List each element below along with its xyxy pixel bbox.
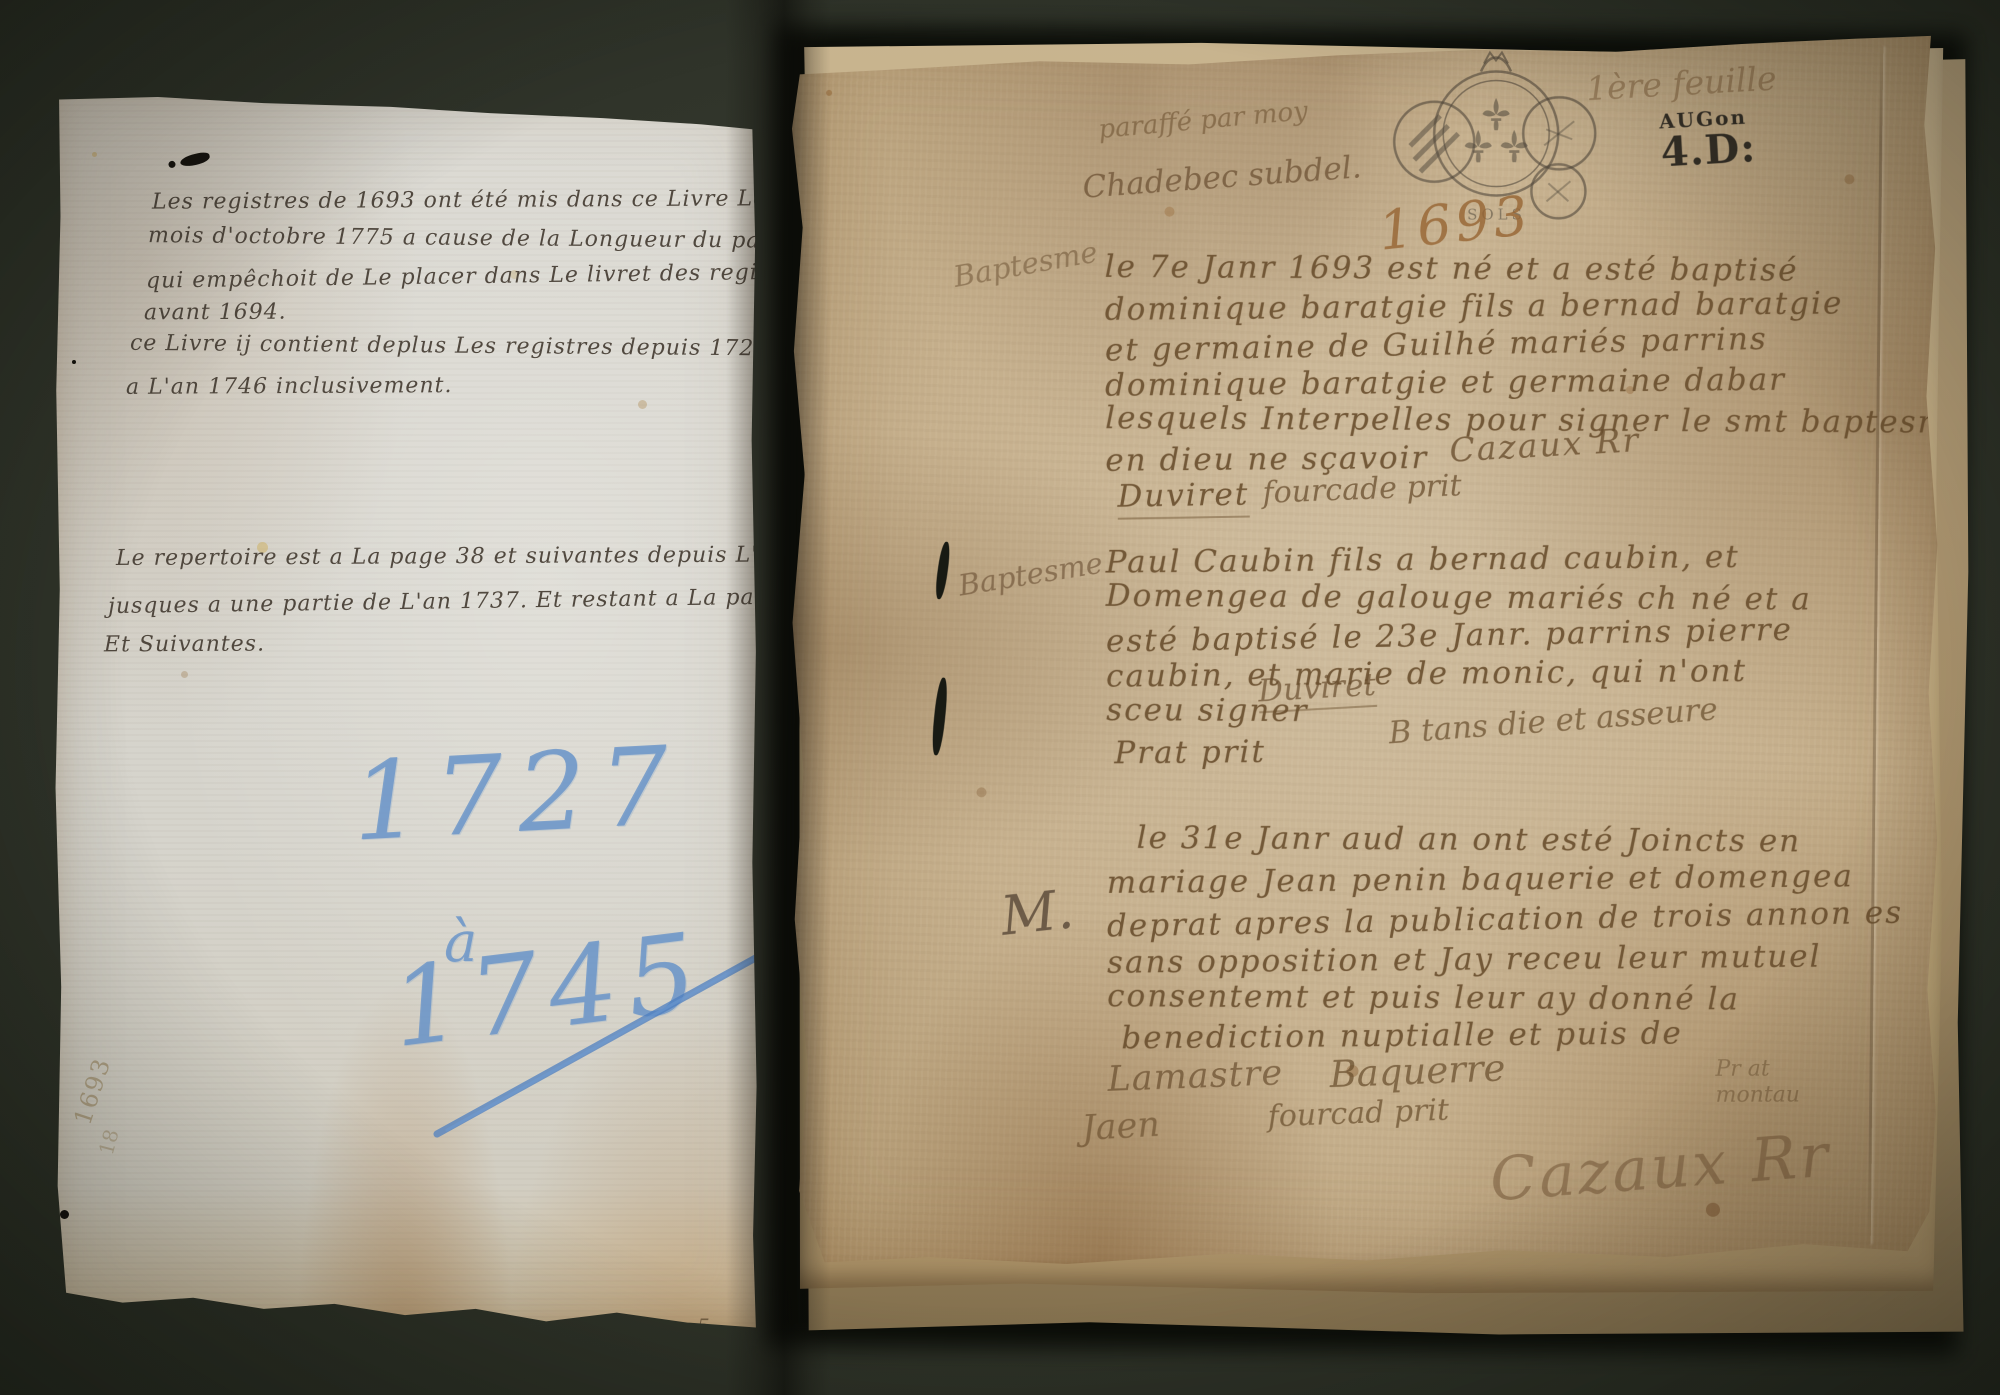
manuscript-line: avant 1694. — [144, 300, 287, 326]
duty-stamp: AUGon 4.D: — [1658, 104, 1757, 176]
ink-speck — [60, 1210, 69, 1219]
register-entry: Paul Caubin fils a bernad caubin, et Dom… — [1106, 541, 1886, 544]
manuscript-line: Prat prit — [1114, 735, 1266, 772]
register-entry: le 7e Janr 1693 est né et a esté baptisé… — [1105, 250, 1885, 253]
signature: fourcad prit — [1267, 1093, 1450, 1135]
manuscript-line: a L'an 1746 inclusivement. — [126, 373, 453, 400]
signature: B tans die et asseure — [1387, 691, 1718, 751]
manuscript-line: Le repertoire est a La page 38 et suivan… — [116, 542, 864, 571]
manuscript-line: mois d'octobre 1775 a cause de la Longue… — [148, 223, 809, 254]
manuscript-line: le 31e Janr aud an ont esté Joincts en — [1137, 821, 1802, 860]
manuscript-line: Les registres de 1693 ont été mis dans c… — [152, 186, 767, 215]
final-signature: Cazaux Rr — [1488, 1121, 1834, 1216]
manuscript-line: dominique baratgie et germaine dabar — [1105, 363, 1786, 405]
manuscript-scan: Les registres de 1693 ont été mis dans c… — [0, 0, 2000, 1395]
certification-line: Chadebec subdel. — [1081, 150, 1362, 206]
manuscript-line: le 7e Janr 1693 est né et a esté baptisé — [1105, 250, 1799, 289]
margin-label-baptesme: Baptesme — [956, 546, 1105, 603]
signature: fourcade prit — [1262, 468, 1462, 511]
margin-label-baptesme: Baptesme — [951, 235, 1100, 294]
manuscript-line: Et Suivantes. — [104, 632, 265, 658]
signature: Duviret — [1257, 667, 1377, 714]
ink-blot — [179, 151, 211, 168]
torn-edge-gap — [934, 541, 952, 600]
manuscript-line: jusques a une partie de L'an 1737. Et re… — [108, 584, 838, 619]
vertical-crease — [1868, 46, 1884, 1244]
signature: Jaen — [1081, 1105, 1161, 1149]
folio-note: 1ère feuille — [1585, 60, 1777, 109]
manuscript-line: mariage Jean penin baquerie et domengea — [1107, 859, 1854, 901]
manuscript-line: ce Livre ij contient deplus Les registre… — [130, 331, 869, 363]
manuscript-line: Duviret — [1117, 477, 1250, 519]
torn-edge-gap — [930, 677, 949, 756]
manuscript-line: Paul Caubin fils a bernad caubin, et — [1106, 540, 1740, 581]
signature: Baquerre — [1329, 1046, 1506, 1096]
margin-label-mariage: M. — [998, 877, 1077, 947]
spine-year-note: 1693 — [69, 1054, 117, 1128]
certification-line: paraffé par moy — [1097, 97, 1309, 146]
spine-note-secondary: 18 — [94, 1127, 124, 1158]
left-page: Les registres de 1693 ont été mis dans c… — [52, 92, 758, 1335]
manuscript-line: qui empêchoit de Le placer dans Le livre… — [146, 259, 818, 294]
foxing-spots — [826, 90, 832, 96]
manuscript-line: deprat apres la publication de trois ann… — [1107, 896, 1904, 946]
ink-speck — [72, 360, 76, 364]
signature: Pr at montau — [1715, 1056, 1825, 1108]
signature: Lamastre — [1107, 1053, 1284, 1100]
blue-pencil-to-year: 1745 — [385, 910, 713, 1072]
register-entry: le 31e Janr aud an ont esté Joincts en m… — [1107, 821, 1887, 824]
foxing-spots — [92, 152, 97, 157]
manuscript-line: consentemt et puis leur ay donné la — [1107, 979, 1740, 1018]
manuscript-line: sans opposition et Jay receu leur mutuel — [1107, 940, 1822, 982]
page-number: 5 — [697, 1314, 710, 1338]
manuscript-line: caubin, et marie de monic, qui n'ont — [1106, 654, 1747, 695]
blue-pencil-from-year: 1727 — [349, 723, 686, 865]
duty-stamp-value: 4.D: — [1660, 124, 1758, 176]
right-page: paraffé par moy Chadebec subdel. — [786, 26, 1942, 1265]
